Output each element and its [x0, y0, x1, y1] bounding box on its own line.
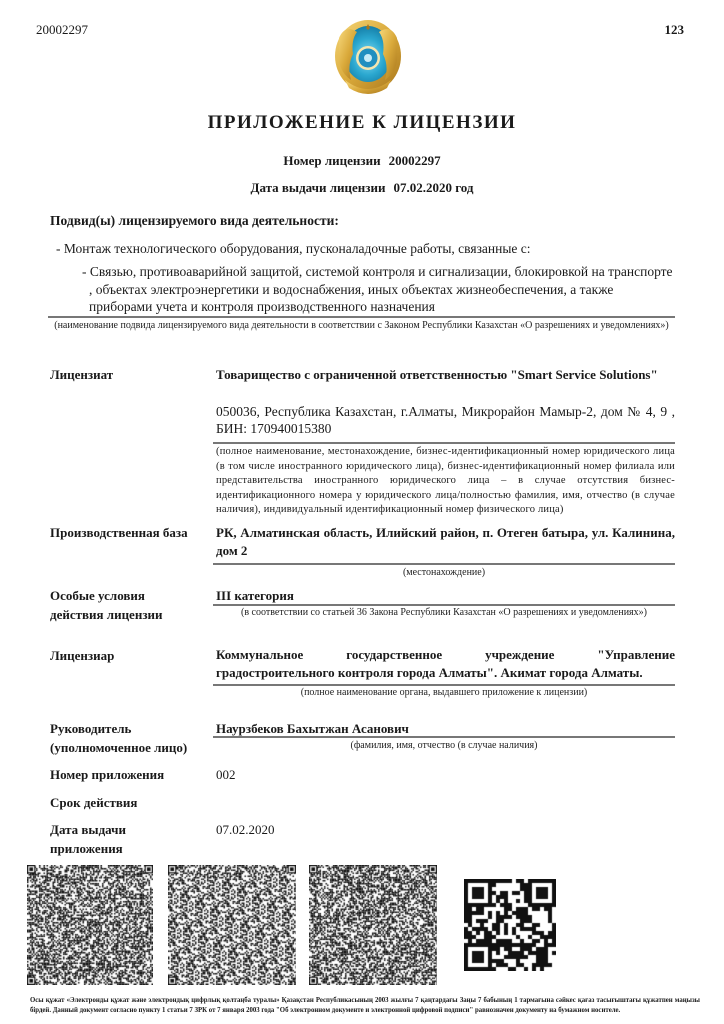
- license-number-label: Номер лицензии: [283, 153, 380, 168]
- license-date-value: 07.02.2020 год: [393, 180, 473, 195]
- license-number-line: Номер лицензии20002297: [0, 153, 724, 169]
- subtype-item-2-line2: , объектах электроэнергетики и водоснабж…: [82, 281, 702, 299]
- divider: [48, 316, 675, 318]
- special-conditions-label-line1: Особые условия: [50, 586, 163, 605]
- divider: [213, 736, 675, 738]
- appendix-number-value: 002: [216, 766, 675, 783]
- barcode-2: [168, 865, 296, 985]
- licensor-caption: (полное наименование органа, выдавшего п…: [213, 686, 675, 699]
- subtype-item-1: - Монтаж технологического оборудования, …: [56, 241, 531, 257]
- licensee-label: Лицензиат: [50, 365, 113, 384]
- head-label-line2: (уполномоченное лицо): [50, 738, 187, 757]
- divider: [213, 442, 675, 444]
- head-caption: (фамилия, имя, отчество (в случае наличи…: [213, 739, 675, 752]
- subtype-item-2: - Связью, противоаварийной защитой, сист…: [82, 263, 702, 316]
- license-date-label: Дата выдачи лицензии: [251, 180, 386, 195]
- subtypes-caption: (наименование подвида лицензируемого вид…: [48, 319, 675, 332]
- production-base-value: РК, Алматинская область, Илийский район,…: [216, 524, 675, 560]
- special-conditions-value: III категория: [216, 587, 675, 604]
- special-conditions-caption: (в соответствии со статьей 36 Закона Рес…: [213, 606, 675, 619]
- head-value: Наурзбеков Бахытжан Асанович: [216, 720, 675, 737]
- subtype-item-2-line3: приборами учета и контроля производствен…: [82, 298, 702, 316]
- appendix-number-label: Номер приложения: [50, 765, 164, 784]
- appendix-date-label-line2: приложения: [50, 839, 126, 858]
- licensor-value: Коммунальное государственное учреждение …: [216, 646, 675, 682]
- head-label: Руководитель (уполномоченное лицо): [50, 719, 187, 757]
- licensee-name: Товарищество с ограниченной ответственно…: [216, 366, 675, 383]
- page-number: 123: [665, 22, 685, 38]
- license-number-value: 20002297: [389, 153, 441, 168]
- production-base-caption: (местонахождение): [213, 566, 675, 579]
- subtype-item-2-line1: - Связью, противоаварийной защитой, сист…: [82, 263, 702, 281]
- head-label-line1: Руководитель: [50, 719, 187, 738]
- footer-legal-note: Осы құжат «Электронды құжат және электро…: [30, 996, 700, 1015]
- page-title: ПРИЛОЖЕНИЕ К ЛИЦЕНЗИИ: [0, 112, 724, 134]
- divider: [213, 563, 675, 565]
- barcode-1: [27, 865, 153, 985]
- special-conditions-label: Особые условия действия лицензии: [50, 586, 163, 624]
- production-base-label: Производственная база: [50, 523, 188, 542]
- validity-label: Срок действия: [50, 793, 137, 812]
- licensee-caption: (полное наименование, местонахождение, б…: [216, 445, 675, 518]
- state-emblem-icon: [331, 18, 405, 96]
- document-number: 20002297: [36, 22, 88, 38]
- appendix-date-label-line1: Дата выдачи: [50, 820, 126, 839]
- license-date-line: Дата выдачи лицензии07.02.2020 год: [0, 180, 724, 196]
- special-conditions-label-line2: действия лицензии: [50, 605, 163, 624]
- licensee-address: 050036, Республика Казахстан, г.Алматы, …: [216, 403, 675, 437]
- appendix-date-label: Дата выдачи приложения: [50, 820, 126, 858]
- appendix-date-value: 07.02.2020: [216, 821, 675, 838]
- licensor-label: Лицензиар: [50, 646, 114, 665]
- qr-code: [464, 879, 556, 971]
- subtypes-heading: Подвид(ы) лицензируемого вида деятельнос…: [50, 213, 339, 229]
- barcode-3: [309, 865, 437, 985]
